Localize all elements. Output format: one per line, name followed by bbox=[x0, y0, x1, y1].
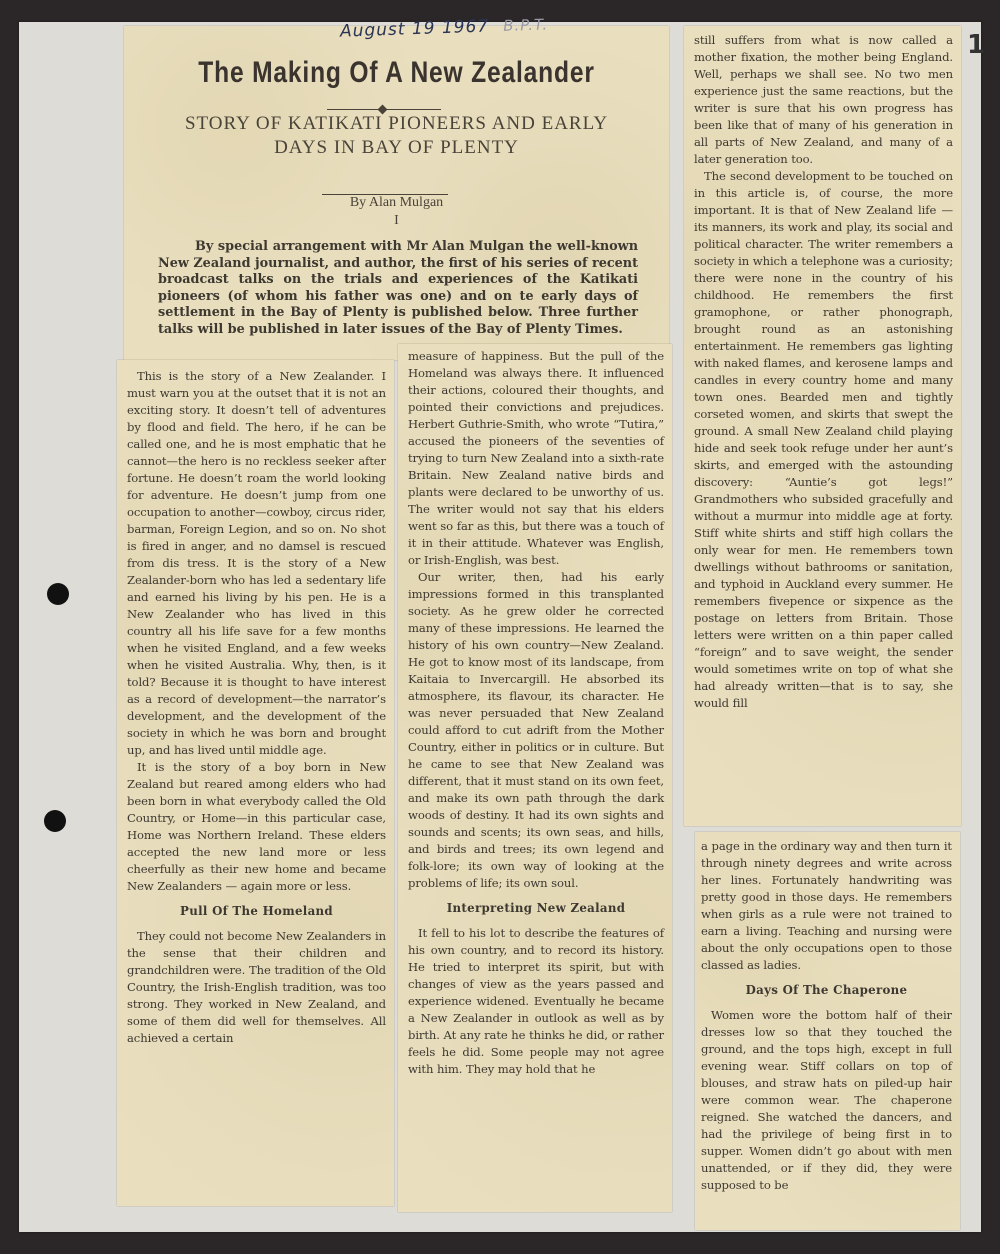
part-numeral: I bbox=[124, 213, 669, 229]
paragraph: It fell to his lot to describe the featu… bbox=[408, 925, 664, 1078]
section-heading: Days Of The Chaperone bbox=[701, 982, 952, 999]
punch-hole bbox=[47, 583, 69, 605]
article-subheading: STORY OF KATIKATI PIONEERS AND EARLY DAY… bbox=[124, 112, 669, 160]
handwritten-source-annotation: B.P.T. bbox=[503, 15, 549, 35]
paragraph: The second development to be touched on … bbox=[694, 168, 953, 712]
editor-intro: By special arrangement with Mr Alan Mulg… bbox=[158, 239, 638, 339]
ornament-divider bbox=[327, 109, 441, 110]
column-3-clipping: still suffers from what is now called a … bbox=[684, 26, 961, 826]
paragraph: Women wore the bottom half of their dres… bbox=[701, 1007, 952, 1194]
section-heading: Interpreting New Zealand bbox=[408, 900, 664, 917]
paragraph: a page in the ordinary way and then turn… bbox=[701, 838, 952, 974]
paragraph: Our writer, then, had his early impressi… bbox=[408, 569, 664, 892]
column-3b-clipping: a page in the ordinary way and then turn… bbox=[695, 832, 960, 1230]
punch-hole bbox=[44, 810, 66, 832]
section-heading: Pull Of The Homeland bbox=[127, 903, 386, 920]
paragraph: This is the story of a New Zealander. I … bbox=[127, 368, 386, 759]
page-number-annotation: 1 bbox=[967, 30, 985, 60]
column-3b-text: a page in the ordinary way and then turn… bbox=[701, 838, 952, 1194]
paragraph: measure of happiness. But the pull of th… bbox=[408, 348, 664, 569]
paragraph: still suffers from what is now called a … bbox=[694, 32, 953, 168]
column-2-text: measure of happiness. But the pull of th… bbox=[408, 348, 664, 1078]
article-headline: The Making Of A New Zealander bbox=[173, 56, 620, 90]
column-2-clipping: measure of happiness. But the pull of th… bbox=[398, 344, 672, 1212]
column-3-text: still suffers from what is now called a … bbox=[694, 32, 953, 712]
column-1-text: This is the story of a New Zealander. I … bbox=[127, 368, 386, 1047]
column-1-clipping: This is the story of a New Zealander. I … bbox=[117, 360, 394, 1206]
paragraph: It is the story of a boy born in New Zea… bbox=[127, 759, 386, 895]
headline-clipping: The Making Of A New Zealander STORY OF K… bbox=[124, 26, 669, 360]
byline: By Alan Mulgan bbox=[124, 195, 669, 211]
paragraph: They could not become New Zealanders in … bbox=[127, 928, 386, 1047]
